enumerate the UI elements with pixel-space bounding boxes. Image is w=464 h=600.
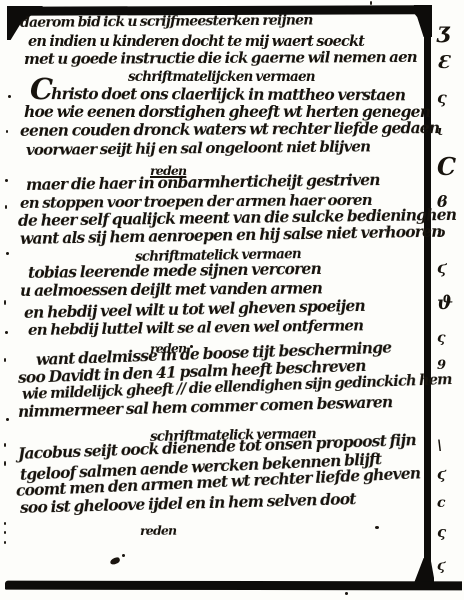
ink-speck <box>370 1 372 5</box>
reden-heading: reden <box>140 524 176 537</box>
letter-fragment: 9 <box>437 358 446 373</box>
ink-speck <box>375 526 379 529</box>
letter-fragment: ϛ <box>437 465 446 483</box>
ink-speck <box>345 592 348 595</box>
letter-fragment: ς <box>437 88 447 107</box>
letter-fragment: ϑ <box>437 292 453 314</box>
ink-speck <box>4 541 6 544</box>
manuscript-line: daerom bid ick u scrijfmeesterken reijne… <box>20 13 313 30</box>
manuscript-line: maer die haer in onbarmherticheijt gestr… <box>26 172 380 193</box>
manuscript-line: Christo doet ons claerlijck in mattheo v… <box>30 84 405 104</box>
ink-blot <box>109 556 120 565</box>
letter-fragment: ϲ <box>437 495 446 511</box>
letter-fragment: ς <box>437 523 446 541</box>
ink-speck <box>6 418 9 421</box>
letter-fragment: C <box>437 152 456 181</box>
manuscript-line: voorwaer seijt hij en sal ongeloont niet… <box>26 139 370 158</box>
letter-fragment: \ <box>437 438 442 454</box>
ink-speck <box>5 205 7 209</box>
manuscript-line: en indien u kinderen docht te mij waert … <box>28 34 364 49</box>
ink-speck <box>4 522 6 525</box>
ink-speck <box>190 345 193 348</box>
letter-fragment: ϐ <box>437 192 448 211</box>
section-heading: schriftmatelijcken vermaen <box>128 70 315 84</box>
ink-speck <box>4 531 6 534</box>
manuscript-line: u aelmoessen deijlt met vanden armen <box>20 280 322 299</box>
letter-fragment: ϛ <box>437 558 446 574</box>
frame-right-bar <box>424 10 431 585</box>
manuscript-line: en hebdij luttel wilt se al even wel ont… <box>28 318 363 338</box>
manuscript-line: want als sij hem aenroepen en hij salse … <box>20 224 442 248</box>
frame-bottom-bar <box>5 581 462 591</box>
ink-speck <box>6 252 9 255</box>
letter-fragment: ι <box>437 124 443 139</box>
letter-fragment: Ɛ <box>437 52 450 73</box>
ink-speck <box>5 179 8 182</box>
letter-fragment: ϛ <box>437 258 447 277</box>
ink-speck <box>4 300 6 305</box>
ink-speck <box>4 443 6 447</box>
adjacent-page-fragments: ʒ Ɛ ς ι C ϐ ɔ ϛ ϑ ς 9 \ ϛ ϲ ς ϛ <box>433 12 464 584</box>
ink-speck <box>122 554 125 557</box>
letter-fragment: ʒ <box>437 18 450 44</box>
ink-speck <box>4 461 6 466</box>
manuscript-line: met u goede instructie die ick gaerne wi… <box>24 50 417 68</box>
ink-speck <box>6 130 8 133</box>
letter-fragment: ɔ <box>437 225 446 241</box>
ink-speck <box>4 358 6 362</box>
letter-fragment: ς <box>437 330 446 346</box>
ink-speck <box>8 95 11 98</box>
manuscript-line: eenen couden dronck waters wt rechter li… <box>20 120 439 139</box>
manuscript-page: daerom bid ick u scrijfmeesterken reijne… <box>0 0 464 600</box>
ink-speck <box>5 331 8 334</box>
